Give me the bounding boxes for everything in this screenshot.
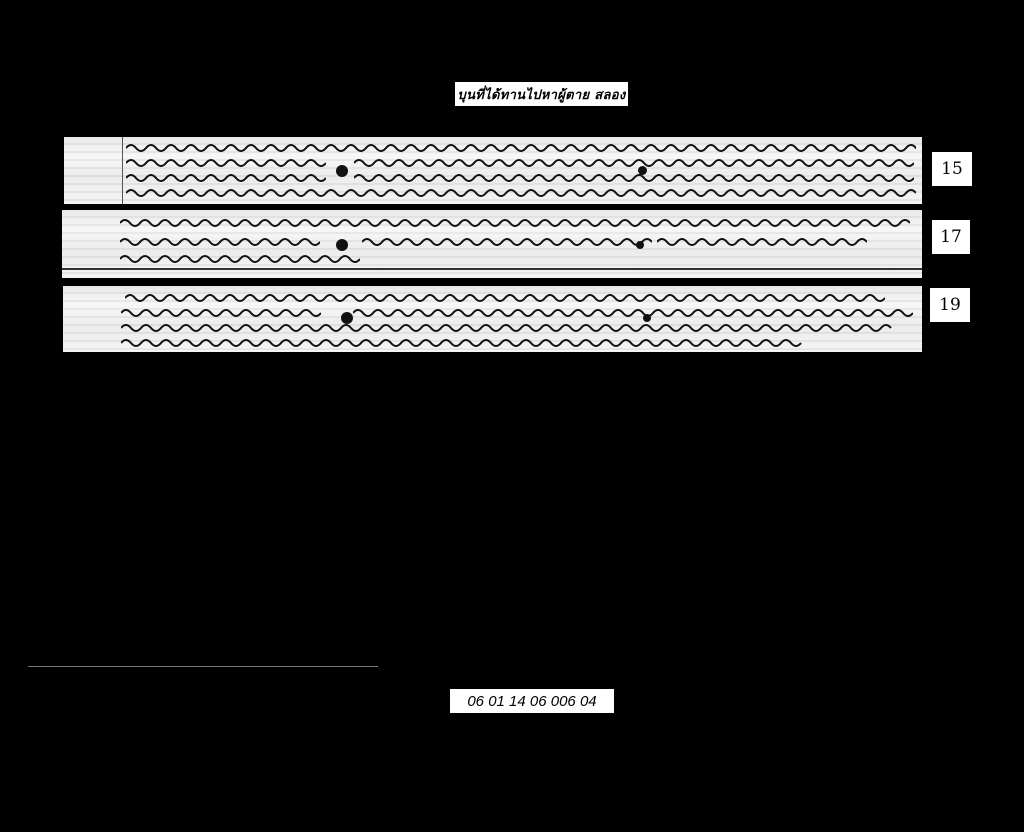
binding-hole <box>643 314 651 322</box>
binding-hole <box>341 312 353 324</box>
page-number-15: 15 <box>932 152 972 186</box>
page-number-17: 17 <box>932 220 970 254</box>
footer-rule-line <box>28 666 378 667</box>
script-line <box>353 306 913 319</box>
binding-hole <box>336 165 348 177</box>
script-line <box>354 171 914 184</box>
document-title-label: บุนที่ได้ทานไปหาผู้ตาย สลอง <box>455 82 628 106</box>
archive-reference-code: 06 01 14 06 006 04 <box>450 689 614 713</box>
page-number-19: 19 <box>930 288 970 322</box>
script-line <box>657 235 867 248</box>
binding-hole <box>638 166 647 175</box>
script-line <box>120 252 360 265</box>
script-line <box>121 306 321 319</box>
script-line <box>126 156 326 169</box>
script-line <box>121 336 841 349</box>
script-line <box>120 216 910 229</box>
script-line <box>354 156 914 169</box>
script-line <box>126 186 916 199</box>
script-line <box>126 141 916 154</box>
manuscript-leaf-17 <box>62 210 922 278</box>
binding-hole <box>336 239 348 251</box>
script-line <box>121 321 921 334</box>
leaf-edge-line <box>62 268 922 270</box>
binding-hole <box>636 241 644 249</box>
script-line <box>120 235 320 248</box>
manuscript-leaf-19 <box>63 286 922 352</box>
leaf-margin-line <box>122 137 123 204</box>
manuscript-leaf-15 <box>64 137 922 204</box>
script-line <box>125 291 885 304</box>
script-line <box>362 235 652 248</box>
script-line <box>126 171 326 184</box>
